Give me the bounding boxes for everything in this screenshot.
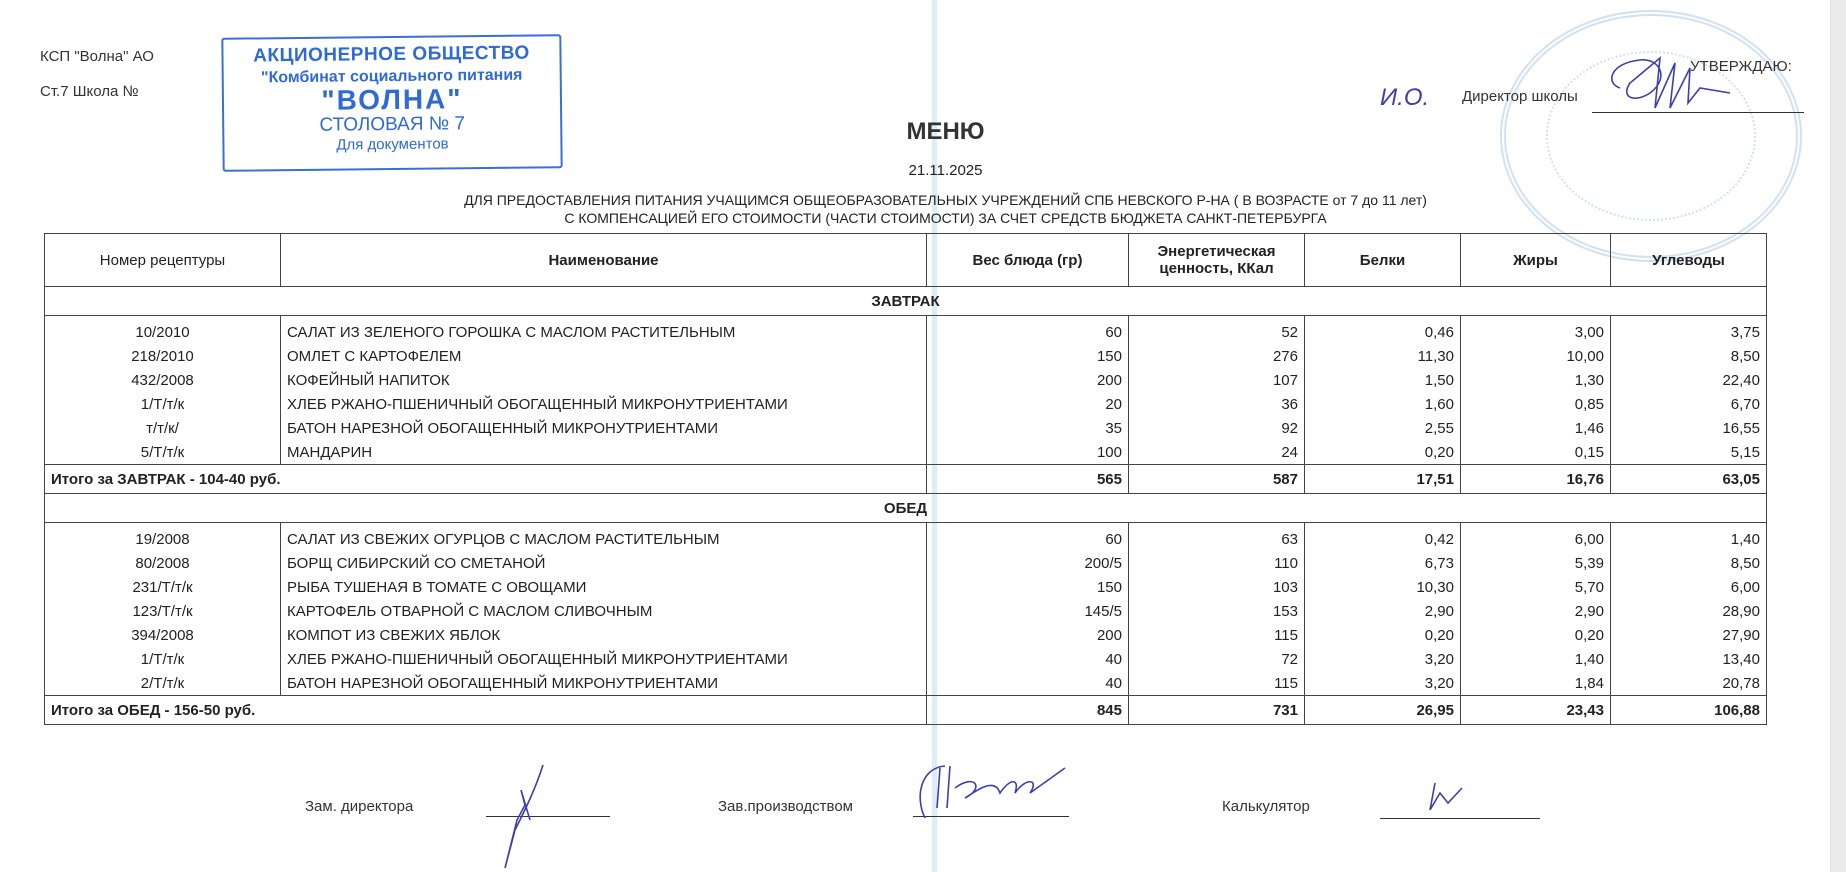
- total-energy: 587: [1129, 465, 1305, 494]
- menu-table: Номер рецептуры Наименование Вес блюда (…: [44, 233, 1767, 725]
- director-label: Директор школы: [1462, 88, 1578, 105]
- cell-energy: 63: [1129, 523, 1305, 552]
- cell-energy: 115: [1129, 671, 1305, 696]
- cell-protein: 0,20: [1305, 623, 1461, 647]
- cell-code: 1/Т/т/к: [45, 647, 281, 671]
- cell-energy: 103: [1129, 575, 1305, 599]
- table-row: 5/Т/т/кМАНДАРИН100240,200,155,15: [45, 440, 1767, 465]
- col-header-code: Номер рецептуры: [45, 234, 281, 287]
- total-protein: 26,95: [1305, 696, 1461, 725]
- cell-carbs: 6,70: [1611, 392, 1767, 416]
- production-head-label: Зав.производством: [718, 798, 853, 815]
- cell-weight: 40: [927, 671, 1129, 696]
- menu-date: 21.11.2025: [0, 162, 1846, 179]
- cell-protein: 3,20: [1305, 647, 1461, 671]
- org-school: Ст.7 Школа №: [40, 83, 139, 100]
- cell-name: ХЛЕБ РЖАНО-ПШЕНИЧНЫЙ ОБОГАЩЕННЫЙ МИКРОНУ…: [281, 647, 927, 671]
- cell-code: 218/2010: [45, 344, 281, 368]
- cell-code: 394/2008: [45, 623, 281, 647]
- total-carbs: 106,88: [1611, 696, 1767, 725]
- table-row: 80/2008БОРЩ СИБИРСКИЙ СО СМЕТАНОЙ200/511…: [45, 551, 1767, 575]
- cell-code: 5/Т/т/к: [45, 440, 281, 465]
- cell-name: КОФЕЙНЫЙ НАПИТОК: [281, 368, 927, 392]
- cell-fat: 1,84: [1461, 671, 1611, 696]
- cell-name: КОМПОТ ИЗ СВЕЖИХ ЯБЛОК: [281, 623, 927, 647]
- cell-energy: 52: [1129, 316, 1305, 345]
- cell-code: 2/Т/т/к: [45, 671, 281, 696]
- cell-weight: 60: [927, 523, 1129, 552]
- cell-carbs: 5,15: [1611, 440, 1767, 465]
- cell-name: БАТОН НАРЕЗНОЙ ОБОГАЩЕННЫЙ МИКРОНУТРИЕНТ…: [281, 671, 927, 696]
- total-energy: 731: [1129, 696, 1305, 725]
- cell-carbs: 28,90: [1611, 599, 1767, 623]
- cell-weight: 150: [927, 344, 1129, 368]
- cell-code: 231/Т/т/к: [45, 575, 281, 599]
- total-row: Итого за ЗАВТРАК - 104-40 руб.56558717,5…: [45, 465, 1767, 494]
- cell-energy: 24: [1129, 440, 1305, 465]
- cell-code: 10/2010: [45, 316, 281, 345]
- cell-energy: 115: [1129, 623, 1305, 647]
- section-title: ОБЕД: [45, 494, 1767, 523]
- cell-weight: 35: [927, 416, 1129, 440]
- cell-carbs: 16,55: [1611, 416, 1767, 440]
- table-row: 1/Т/т/кХЛЕБ РЖАНО-ПШЕНИЧНЫЙ ОБОГАЩЕННЫЙ …: [45, 392, 1767, 416]
- cell-fat: 3,00: [1461, 316, 1611, 345]
- cell-protein: 6,73: [1305, 551, 1461, 575]
- cell-protein: 0,20: [1305, 440, 1461, 465]
- table-row: 231/Т/т/кРЫБА ТУШЕНАЯ В ТОМАТЕ С ОВОЩАМИ…: [45, 575, 1767, 599]
- cell-carbs: 6,00: [1611, 575, 1767, 599]
- cell-carbs: 1,40: [1611, 523, 1767, 552]
- cell-fat: 1,40: [1461, 647, 1611, 671]
- director-signature: [1600, 48, 1740, 118]
- cell-fat: 5,39: [1461, 551, 1611, 575]
- cell-weight: 40: [927, 647, 1129, 671]
- table-row: 123/Т/т/кКАРТОФЕЛЬ ОТВАРНОЙ С МАСЛОМ СЛИ…: [45, 599, 1767, 623]
- col-header-carbs: Углеводы: [1611, 234, 1767, 287]
- table-row: 1/Т/т/кХЛЕБ РЖАНО-ПШЕНИЧНЫЙ ОБОГАЩЕННЫЙ …: [45, 647, 1767, 671]
- cell-fat: 0,20: [1461, 623, 1611, 647]
- table-header-row: Номер рецептуры Наименование Вес блюда (…: [45, 234, 1767, 287]
- col-header-protein: Белки: [1305, 234, 1461, 287]
- subtitle-line-2: С КОМПЕНСАЦИЕЙ ЕГО СТОИМОСТИ (ЧАСТИ СТОИ…: [0, 210, 1846, 226]
- total-label: Итого за ЗАВТРАК - 104-40 руб.: [45, 465, 927, 494]
- cell-protein: 3,20: [1305, 671, 1461, 696]
- section-header-row: ЗАВТРАК: [45, 287, 1767, 316]
- cell-name: БОРЩ СИБИРСКИЙ СО СМЕТАНОЙ: [281, 551, 927, 575]
- cell-name: ОМЛЕТ С КАРТОФЕЛЕМ: [281, 344, 927, 368]
- cell-fat: 0,15: [1461, 440, 1611, 465]
- cell-carbs: 22,40: [1611, 368, 1767, 392]
- acting-mark: И.О.: [1380, 84, 1429, 112]
- cell-protein: 11,30: [1305, 344, 1461, 368]
- table-row: 19/2008САЛАТ ИЗ СВЕЖИХ ОГУРЦОВ С МАСЛОМ …: [45, 523, 1767, 552]
- cell-fat: 10,00: [1461, 344, 1611, 368]
- cell-carbs: 20,78: [1611, 671, 1767, 696]
- stamp-line: АКЦИОНЕРНОЕ ОБЩЕСТВО: [223, 42, 559, 68]
- table-row: 432/2008КОФЕЙНЫЙ НАПИТОК2001071,501,3022…: [45, 368, 1767, 392]
- cell-protein: 1,50: [1305, 368, 1461, 392]
- cell-carbs: 3,75: [1611, 316, 1767, 345]
- cell-name: РЫБА ТУШЕНАЯ В ТОМАТЕ С ОВОЩАМИ: [281, 575, 927, 599]
- section-title: ЗАВТРАК: [45, 287, 1767, 316]
- cell-energy: 153: [1129, 599, 1305, 623]
- calculator-label: Калькулятор: [1222, 798, 1310, 815]
- cell-protein: 2,90: [1305, 599, 1461, 623]
- table-row: 394/2008КОМПОТ ИЗ СВЕЖИХ ЯБЛОК2001150,20…: [45, 623, 1767, 647]
- total-weight: 845: [927, 696, 1129, 725]
- production-signature: [905, 758, 1125, 828]
- cell-fat: 2,90: [1461, 599, 1611, 623]
- deputy-signature: [495, 760, 565, 872]
- total-label: Итого за ОБЕД - 156-50 руб.: [45, 696, 927, 725]
- cell-code: 19/2008: [45, 523, 281, 552]
- cell-code: 432/2008: [45, 368, 281, 392]
- col-header-weight: Вес блюда (гр): [927, 234, 1129, 287]
- cell-name: КАРТОФЕЛЬ ОТВАРНОЙ С МАСЛОМ СЛИВОЧНЫМ: [281, 599, 927, 623]
- cell-protein: 2,55: [1305, 416, 1461, 440]
- cell-protein: 0,42: [1305, 523, 1461, 552]
- table-row: 2/Т/т/кБАТОН НАРЕЗНОЙ ОБОГАЩЕННЫЙ МИКРОН…: [45, 671, 1767, 696]
- total-weight: 565: [927, 465, 1129, 494]
- table-row: 218/2010ОМЛЕТ С КАРТОФЕЛЕМ15027611,3010,…: [45, 344, 1767, 368]
- cell-code: 1/Т/т/к: [45, 392, 281, 416]
- cell-energy: 36: [1129, 392, 1305, 416]
- calculator-signature-line: [1380, 818, 1540, 819]
- cell-weight: 150: [927, 575, 1129, 599]
- cell-weight: 200: [927, 623, 1129, 647]
- subtitle-line-1: ДЛЯ ПРЕДОСТАВЛЕНИЯ ПИТАНИЯ УЧАЩИМСЯ ОБЩЕ…: [0, 192, 1846, 208]
- table-row: 10/2010САЛАТ ИЗ ЗЕЛЕНОГО ГОРОШКА С МАСЛО…: [45, 316, 1767, 345]
- cell-energy: 107: [1129, 368, 1305, 392]
- cell-name: ХЛЕБ РЖАНО-ПШЕНИЧНЫЙ ОБОГАЩЕННЫЙ МИКРОНУ…: [281, 392, 927, 416]
- cell-energy: 92: [1129, 416, 1305, 440]
- cell-code: 123/Т/т/к: [45, 599, 281, 623]
- cell-fat: 1,46: [1461, 416, 1611, 440]
- cell-name: САЛАТ ИЗ СВЕЖИХ ОГУРЦОВ С МАСЛОМ РАСТИТЕ…: [281, 523, 927, 552]
- company-stamp: АКЦИОНЕРНОЕ ОБЩЕСТВО "Комбинат социально…: [221, 34, 562, 172]
- col-header-fat: Жиры: [1461, 234, 1611, 287]
- cell-name: САЛАТ ИЗ ЗЕЛЕНОГО ГОРОШКА С МАСЛОМ РАСТИ…: [281, 316, 927, 345]
- total-carbs: 63,05: [1611, 465, 1767, 494]
- cell-fat: 5,70: [1461, 575, 1611, 599]
- cell-name: БАТОН НАРЕЗНОЙ ОБОГАЩЕННЫЙ МИКРОНУТРИЕНТ…: [281, 416, 927, 440]
- total-protein: 17,51: [1305, 465, 1461, 494]
- cell-weight: 100: [927, 440, 1129, 465]
- cell-fat: 1,30: [1461, 368, 1611, 392]
- cell-carbs: 13,40: [1611, 647, 1767, 671]
- col-header-name: Наименование: [281, 234, 927, 287]
- cell-code: т/т/к/: [45, 416, 281, 440]
- total-row: Итого за ОБЕД - 156-50 руб.84573126,9523…: [45, 696, 1767, 725]
- cell-name: МАНДАРИН: [281, 440, 927, 465]
- stamp-line: "ВОЛНА": [224, 84, 560, 116]
- cell-protein: 0,46: [1305, 316, 1461, 345]
- total-fat: 23,43: [1461, 696, 1611, 725]
- cell-fat: 6,00: [1461, 523, 1611, 552]
- table-row: т/т/к/БАТОН НАРЕЗНОЙ ОБОГАЩЕННЫЙ МИКРОНУ…: [45, 416, 1767, 440]
- cell-carbs: 27,90: [1611, 623, 1767, 647]
- cell-protein: 1,60: [1305, 392, 1461, 416]
- cell-energy: 72: [1129, 647, 1305, 671]
- cell-energy: 276: [1129, 344, 1305, 368]
- cell-weight: 20: [927, 392, 1129, 416]
- cell-weight: 60: [927, 316, 1129, 345]
- cell-carbs: 8,50: [1611, 551, 1767, 575]
- cell-energy: 110: [1129, 551, 1305, 575]
- cell-fat: 0,85: [1461, 392, 1611, 416]
- cell-carbs: 8,50: [1611, 344, 1767, 368]
- deputy-director-label: Зам. директора: [305, 798, 413, 815]
- cell-weight: 200: [927, 368, 1129, 392]
- total-fat: 16,76: [1461, 465, 1611, 494]
- calculator-signature: [1420, 778, 1480, 818]
- cell-weight: 145/5: [927, 599, 1129, 623]
- org-name: КСП "Волна" АО: [40, 48, 154, 65]
- page-title: МЕНЮ: [0, 118, 1846, 146]
- cell-protein: 10,30: [1305, 575, 1461, 599]
- cell-weight: 200/5: [927, 551, 1129, 575]
- col-header-energy: Энергетическая ценность, ККал: [1129, 234, 1305, 287]
- cell-code: 80/2008: [45, 551, 281, 575]
- section-header-row: ОБЕД: [45, 494, 1767, 523]
